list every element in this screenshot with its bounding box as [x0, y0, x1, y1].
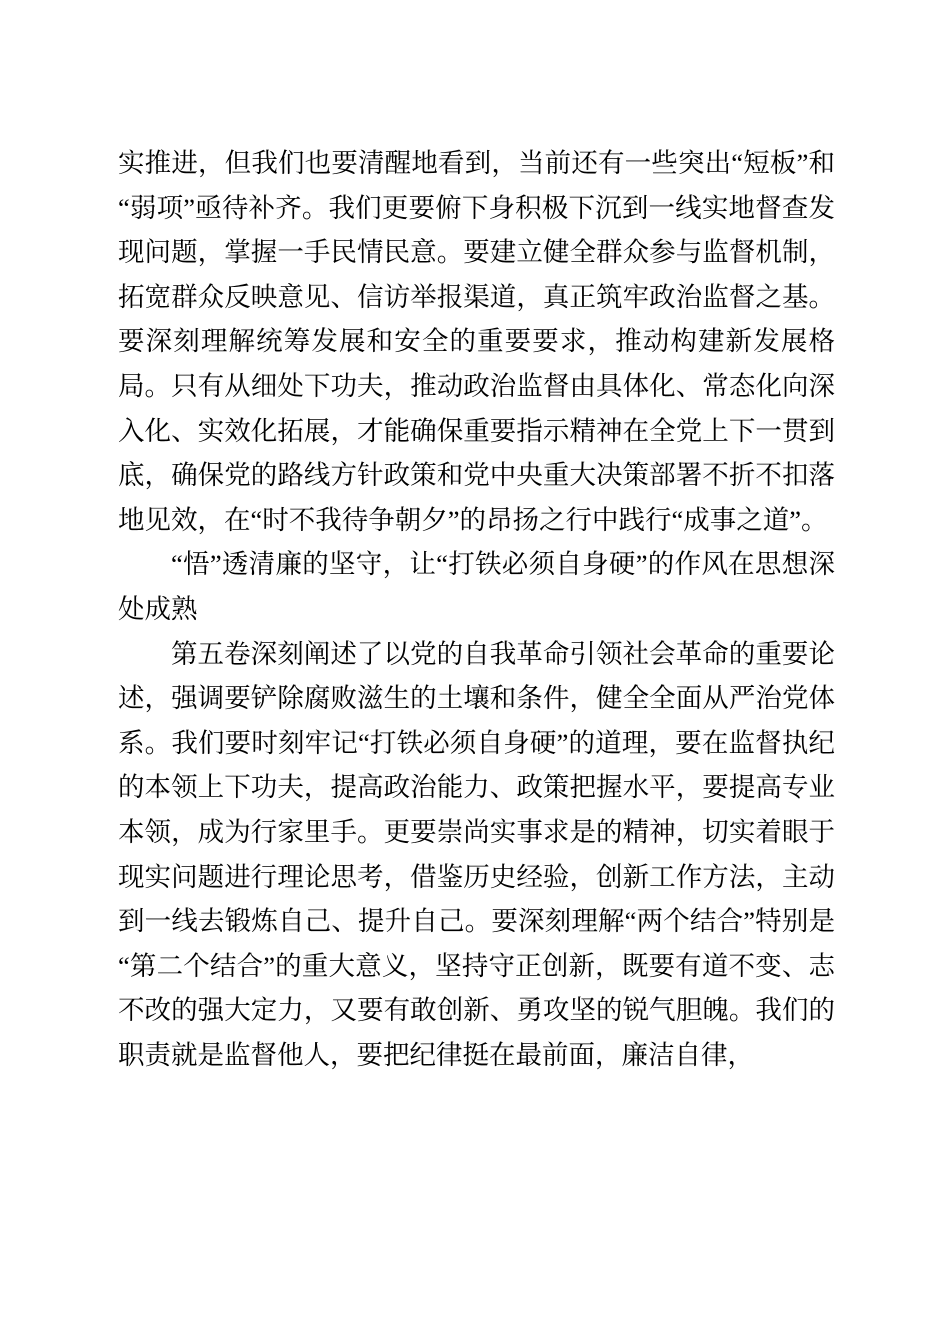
document-text-block: 实推进，但我们也要清醒地看到，当前还有一些突出“短板”和“弱项”亟待补齐。我们更… [118, 141, 835, 1077]
paragraph-body: 第五卷深刻阐述了以党的自我革命引领社会革命的重要论述，强调要铲除腐败滋生的土壤和… [118, 632, 835, 1078]
document-page: 实推进，但我们也要清醒地看到，当前还有一些突出“短板”和“弱项”亟待补齐。我们更… [0, 0, 950, 1344]
paragraph-body-continuation: 实推进，但我们也要清醒地看到，当前还有一些突出“短板”和“弱项”亟待补齐。我们更… [118, 141, 835, 542]
section-heading: “悟”透清廉的坚守，让“打铁必须自身硬”的作风在思想深处成熟 [118, 542, 835, 631]
